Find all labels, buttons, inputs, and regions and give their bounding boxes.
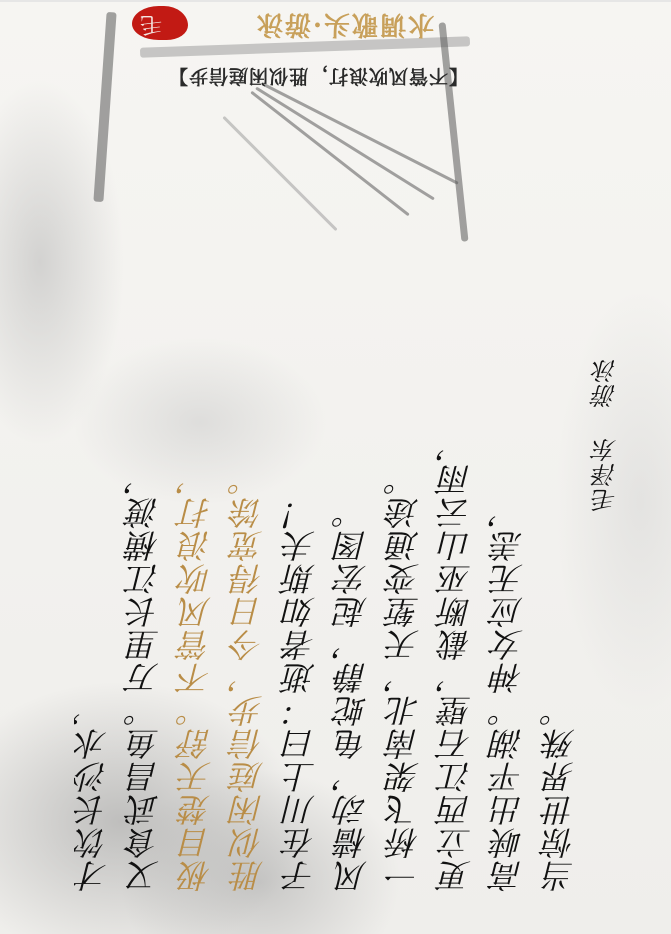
- poem-column: 一桥飞架南北，天堑变通途。: [382, 242, 428, 892]
- calligraphy-poster: 毛 水调歌头·游泳 【不管风吹浪打，胜似闲庭信步】 才饮长沙水， 又食武昌鱼。万…: [0, 0, 671, 934]
- poem-column: 当惊世界殊。: [538, 242, 584, 892]
- poem-column-gold: 胜似闲庭信步，今日得宽馀。: [226, 242, 272, 892]
- ink-wash-pole: [93, 12, 116, 202]
- poem-column: 子在川上曰：逝者如斯夫！: [278, 242, 324, 892]
- poem-column: 风樯动，龟蛇静，起宏图。: [330, 242, 376, 892]
- ink-wash-rope: [250, 91, 409, 216]
- poem-column-gold: 极目楚天舒。不管风吹浪打，: [174, 242, 220, 892]
- signature: 毛泽东 游泳: [590, 242, 624, 892]
- red-seal: 毛: [132, 6, 188, 40]
- ink-wash-rope: [222, 116, 337, 231]
- poem-column: 高峡出平湖。神女应无恙，: [486, 242, 532, 892]
- poem-column: 才饮长沙水，: [70, 242, 116, 892]
- poem-subtitle: 【不管风吹浪打，胜似闲庭信步】: [168, 64, 468, 91]
- ink-wash-rope: [255, 87, 435, 201]
- ink-wash-rope: [261, 82, 458, 185]
- poem-column: 又食武昌鱼。万里长江横渡，: [122, 242, 168, 892]
- poem-column: 更立西江石壁，截断巫山云雨，: [434, 242, 480, 892]
- poem-body: 才饮长沙水， 又食武昌鱼。万里长江横渡， 极目楚天舒。不管风吹浪打， 胜似闲庭信…: [70, 242, 590, 892]
- ink-wash-pole: [439, 22, 469, 242]
- poem-title: 水调歌头·游泳: [255, 8, 434, 45]
- seal-glyph: 毛: [140, 10, 162, 36]
